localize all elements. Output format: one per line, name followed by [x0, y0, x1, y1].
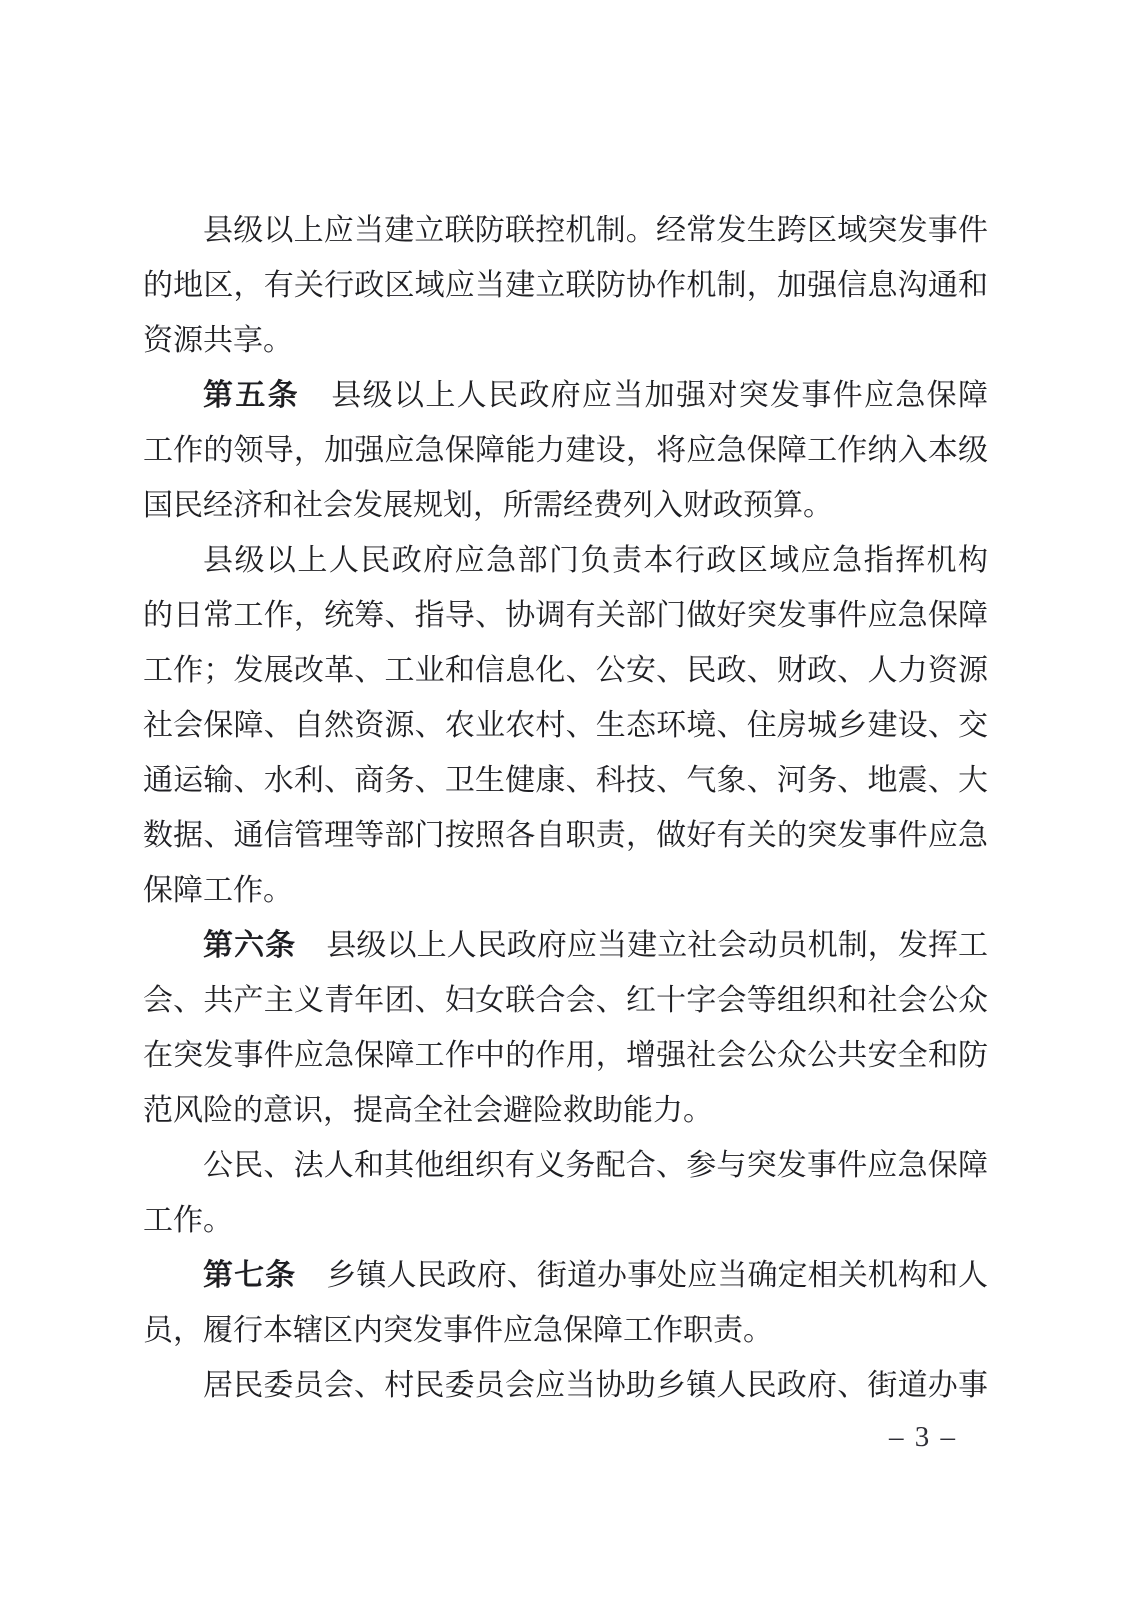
paragraph: 公民、法人和其他组织有义务配合、参与突发事件应急保障工作。: [143, 1138, 988, 1248]
text-line: 的地区，有关行政区域应当建立联防协作机制，加强信息沟通和: [143, 258, 988, 313]
article-number: 第七条: [203, 1259, 296, 1292]
paragraph: 第六条 县级以上人民政府应当建立社会动员机制，发挥工会、共产主义青年团、妇女联合…: [143, 918, 988, 1138]
text-line: 工作。: [143, 1193, 988, 1248]
text-line: 工作；发展改革、工业和信息化、公安、民政、财政、人力资源: [143, 643, 988, 698]
paragraph: 县级以上应当建立联防联控机制。经常发生跨区域突发事件的地区，有关行政区域应当建立…: [143, 203, 988, 368]
text-line: 第六条 县级以上人民政府应当建立社会动员机制，发挥工: [143, 918, 988, 973]
article-number: 第六条: [203, 929, 296, 962]
text-line: 社会保障、自然资源、农业农村、生态环境、住房城乡建设、交: [143, 698, 988, 753]
text-line: 资源共享。: [143, 313, 988, 368]
text-line: 的日常工作，统筹、指导、协调有关部门做好突发事件应急保障: [143, 588, 988, 643]
text-line: 会、共产主义青年团、妇女联合会、红十字会等组织和社会公众: [143, 973, 988, 1028]
text-line: 县级以上应当建立联防联控机制。经常发生跨区域突发事件: [143, 203, 988, 258]
text-line: 范风险的意识，提高全社会避险救助能力。: [143, 1083, 988, 1138]
document-body: 县级以上应当建立联防联控机制。经常发生跨区域突发事件的地区，有关行政区域应当建立…: [143, 203, 988, 1413]
article-number: 第五条: [203, 379, 300, 412]
paragraph: 第五条 县级以上人民政府应当加强对突发事件应急保障工作的领导，加强应急保障能力建…: [143, 368, 988, 533]
text-line: 居民委员会、村民委员会应当协助乡镇人民政府、街道办事: [143, 1358, 988, 1413]
text-line: 通运输、水利、商务、卫生健康、科技、气象、河务、地震、大: [143, 753, 988, 808]
paragraph: 居民委员会、村民委员会应当协助乡镇人民政府、街道办事: [143, 1358, 988, 1413]
text-line: 在突发事件应急保障工作中的作用，增强社会公众公共安全和防: [143, 1028, 988, 1083]
text-line: 数据、通信管理等部门按照各自职责，做好有关的突发事件应急: [143, 808, 988, 863]
text-line: 工作的领导，加强应急保障能力建设，将应急保障工作纳入本级: [143, 423, 988, 478]
paragraph: 县级以上人民政府应急部门负责本行政区域应急指挥机构的日常工作，统筹、指导、协调有…: [143, 533, 988, 918]
page-number: – 3 –: [889, 1420, 957, 1454]
paragraph: 第七条 乡镇人民政府、街道办事处应当确定相关机构和人员，履行本辖区内突发事件应急…: [143, 1248, 988, 1358]
text-line: 员，履行本辖区内突发事件应急保障工作职责。: [143, 1303, 988, 1358]
text-line: 保障工作。: [143, 863, 988, 918]
text-line: 第七条 乡镇人民政府、街道办事处应当确定相关机构和人: [143, 1248, 988, 1303]
text-line: 县级以上人民政府应急部门负责本行政区域应急指挥机构: [143, 533, 988, 588]
text-line: 国民经济和社会发展规划，所需经费列入财政预算。: [143, 478, 988, 533]
text-line: 公民、法人和其他组织有义务配合、参与突发事件应急保障: [143, 1138, 988, 1193]
document-page: 县级以上应当建立联防联控机制。经常发生跨区域突发事件的地区，有关行政区域应当建立…: [0, 0, 1132, 1600]
text-line: 第五条 县级以上人民政府应当加强对突发事件应急保障: [143, 368, 988, 423]
